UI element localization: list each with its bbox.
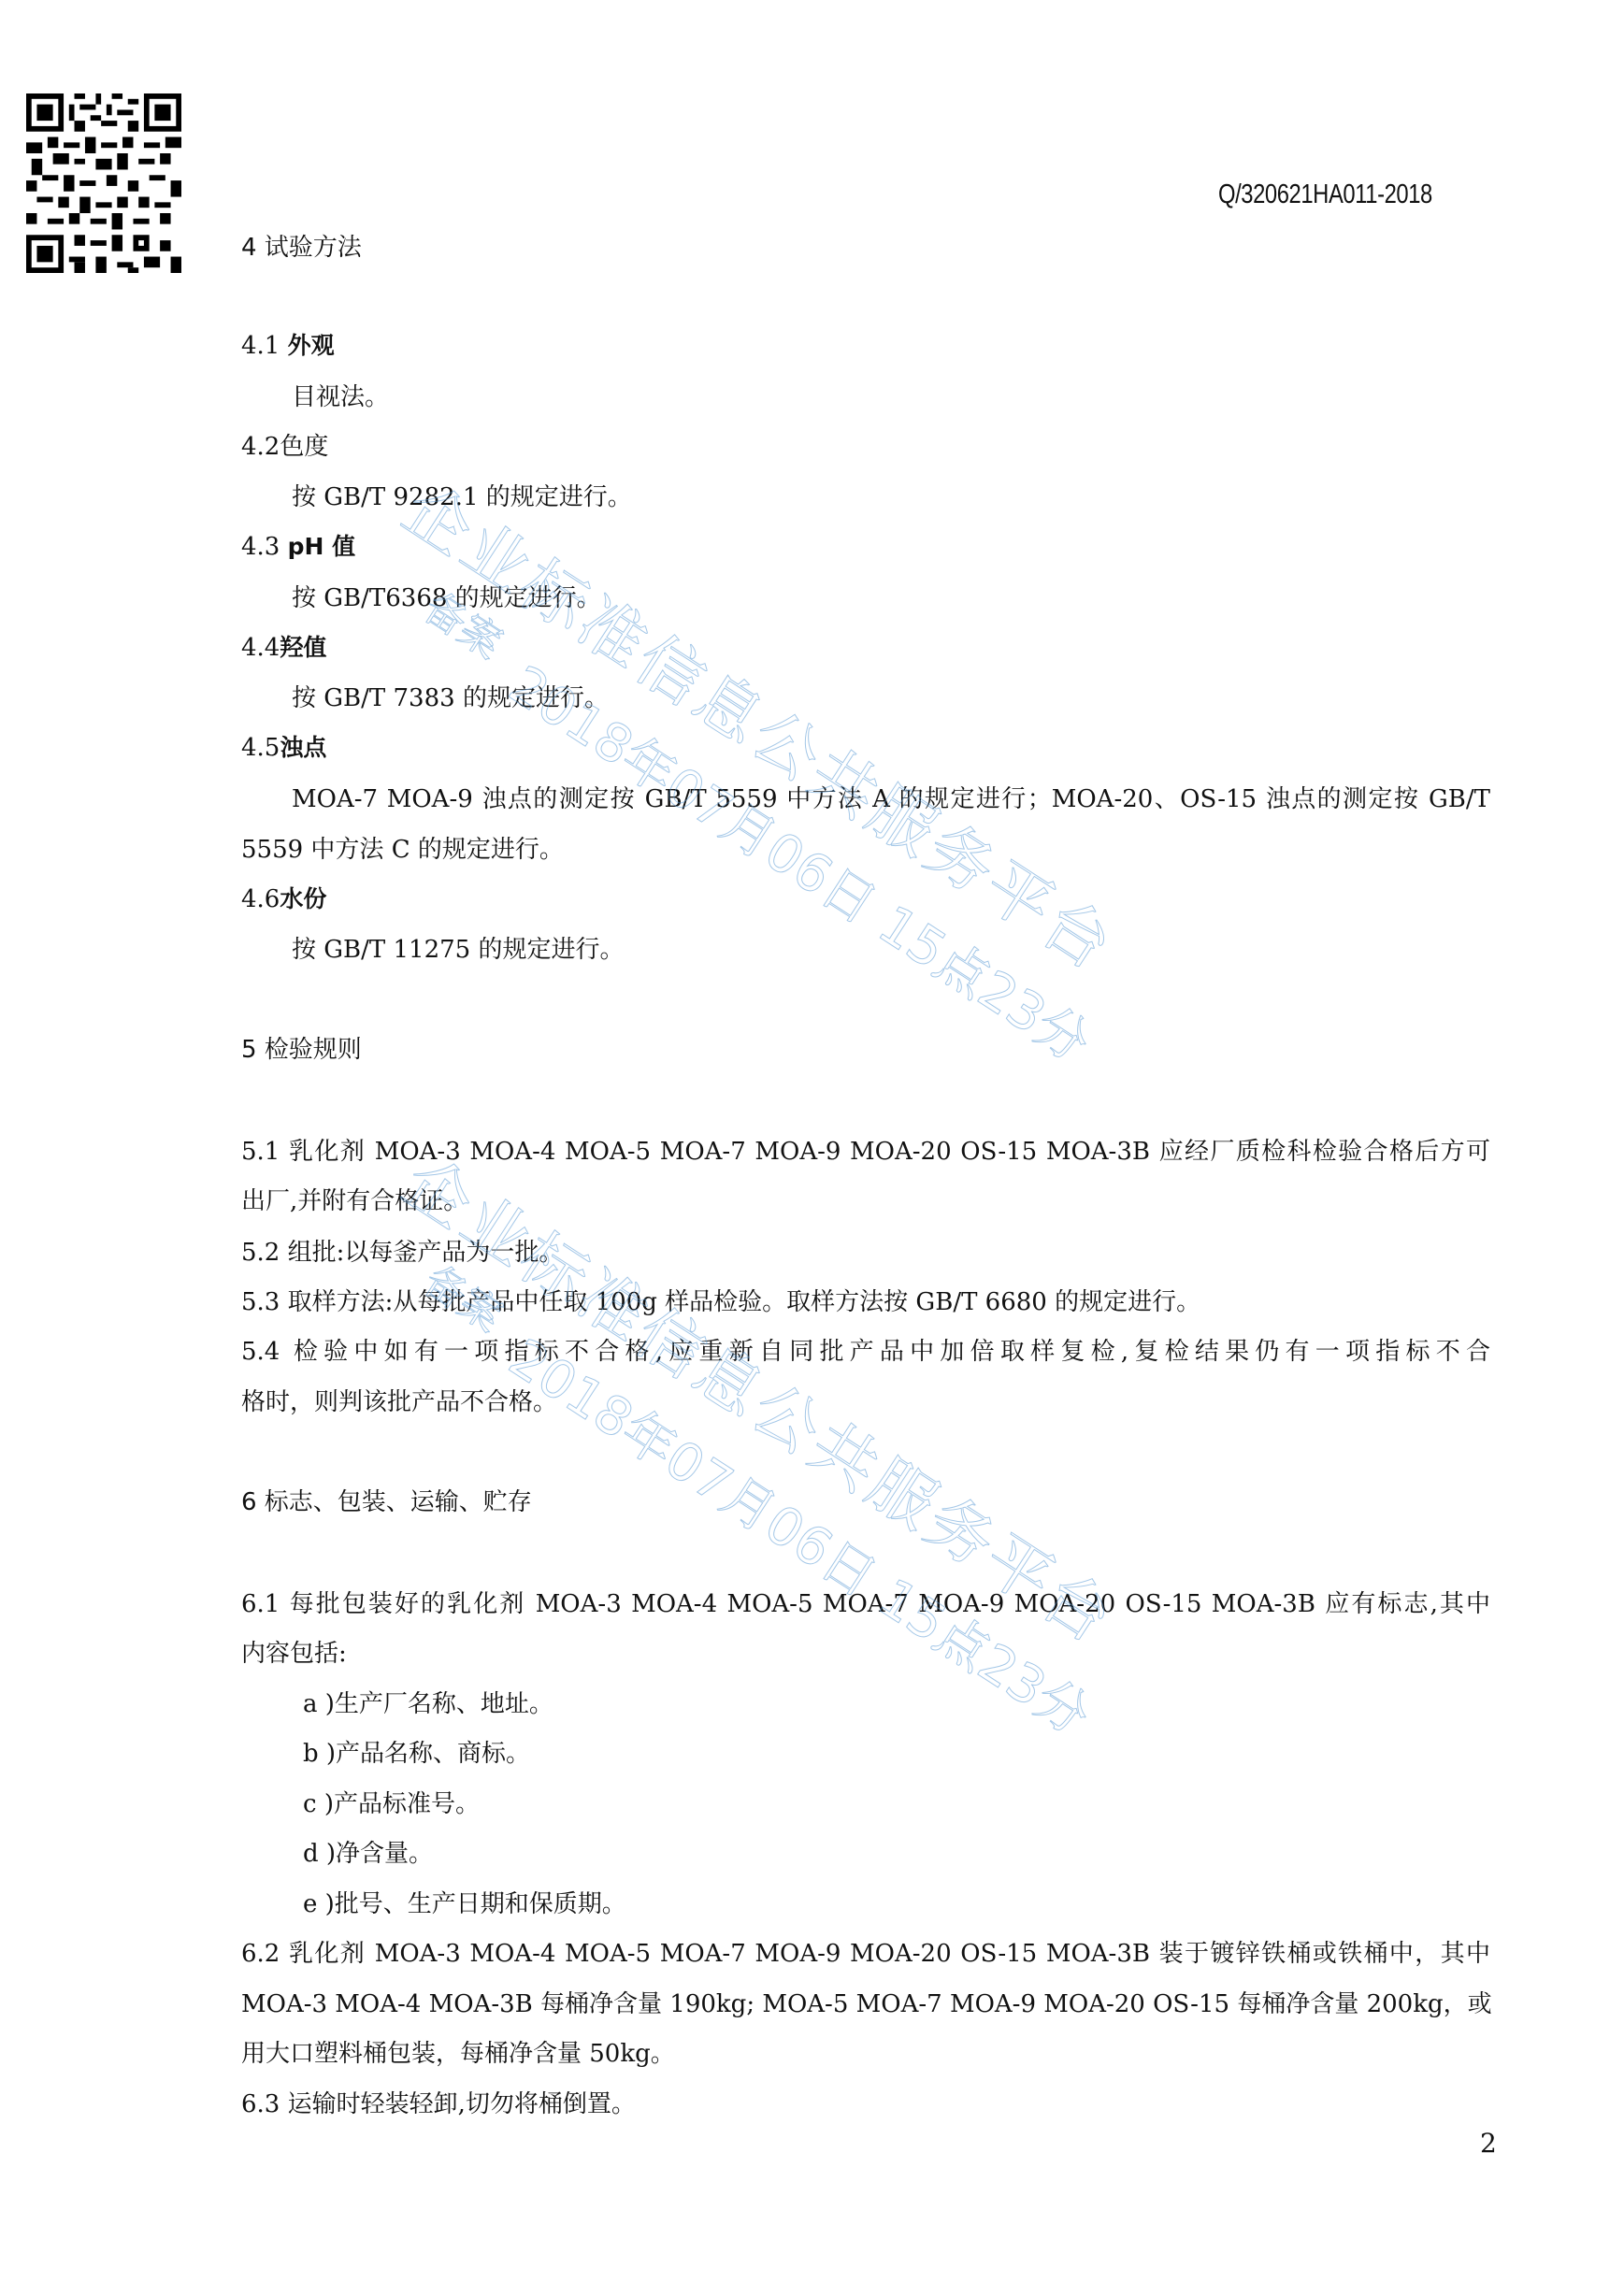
section-6-2-line-2: MOA-3 MOA-4 MOA-3B 每桶净含量 190kg; MOA-5 MO… [241, 1989, 1490, 2019]
section-6-2-line-3: 用大口塑料桶包装，每桶净含量 50kg。 [241, 2039, 675, 2069]
section-number: 4.2 [241, 433, 280, 461]
list-item: d )净含量。 [303, 1839, 433, 1869]
section-4-3-body: 按 GB/T6368 的规定进行。 [292, 583, 601, 613]
section-title: 外观 [288, 332, 335, 359]
section-number: 4.5 [241, 734, 280, 762]
section-4-1-heading: 4.1 外观 [241, 331, 335, 361]
section-title: 羟值 [280, 634, 326, 661]
section-5-title: 5 检验规则 [241, 1035, 362, 1065]
section-4-6-body: 按 GB/T 11275 的规定进行。 [292, 935, 624, 965]
document-code: Q/320621HA011-2018 [1218, 179, 1432, 210]
section-4-5-heading: 4.5浊点 [241, 733, 326, 763]
list-item: b )产品名称、商标。 [303, 1739, 530, 1769]
section-6-1-line-1: 6.1 每批包装好的乳化剂 MOA-3 MOA-4 MOA-5 MOA-7 MO… [241, 1589, 1490, 1619]
section-4-3-heading: 4.3 pH 值 [241, 532, 355, 562]
section-4-2-heading: 4.2色度 [241, 432, 328, 462]
section-4-6-heading: 4.6水份 [241, 884, 326, 914]
section-title: 色度 [280, 433, 328, 461]
list-item: c )产品标准号。 [303, 1789, 480, 1819]
section-6-3: 6.3 运输时轻装轻卸,切勿将桶倒置。 [241, 2089, 636, 2119]
section-4-4-body: 按 GB/T 7383 的规定进行。 [292, 683, 609, 713]
list-item: e )批号、生产日期和保质期。 [303, 1889, 626, 1919]
section-6-1-line-2: 内容包括: [241, 1639, 347, 1669]
watermark-platform-name: 企业标准信息公共服务平台 [388, 458, 1136, 989]
section-4-1-body: 目视法。 [292, 382, 389, 412]
section-5-1-line-2: 出厂,并附有合格证。 [241, 1186, 467, 1216]
section-5-1-line-1: 5.1 乳化剂 MOA-3 MOA-4 MOA-5 MOA-7 MOA-9 MO… [241, 1137, 1490, 1167]
section-title: 水份 [280, 885, 326, 912]
section-6-2-line-1: 6.2 乳化剂 MOA-3 MOA-4 MOA-5 MOA-7 MOA-9 MO… [241, 1939, 1490, 1969]
list-item: a )生产厂名称、地址。 [303, 1689, 553, 1719]
section-title: pH 值 [288, 533, 356, 560]
section-4-4-heading: 4.4羟值 [241, 633, 326, 663]
section-number: 4.4 [241, 634, 280, 662]
section-title: 浊点 [280, 734, 326, 761]
watermark-datetime: 2018年07月06日 15点23分 [496, 1318, 1106, 1750]
section-number: 4.3 [241, 533, 280, 561]
section-number: 4.1 [241, 332, 280, 360]
section-number: 4.6 [241, 885, 280, 913]
section-4-5-body-line-1: MOA-7 MOA-9 浊点的测定按 GB/T 5559 中方法 A 的规定进行… [292, 784, 1490, 814]
section-5-2: 5.2 组批:以每釜产品为一批。 [241, 1238, 563, 1268]
section-5-4-line-2: 格时，则判该批产品不合格。 [241, 1387, 557, 1417]
section-4-2-body: 按 GB/T 9282.1 的规定进行。 [292, 482, 632, 512]
section-6-title: 6 标志、包装、运输、贮存 [241, 1487, 532, 1517]
page-number: 2 [1480, 2128, 1497, 2159]
section-5-4-line-1: 5.4 检验中如有一项指标不合格,应重新自同批产品中加倍取样复检,复检结果仍有一… [241, 1337, 1490, 1367]
section-4-5-body-line-2: 5559 中方法 C 的规定进行。 [241, 835, 564, 865]
section-4-title: 4 试验方法 [241, 233, 362, 263]
section-5-3: 5.3 取样方法:从每批产品中任取 100g 样品检验。取样方法按 GB/T 6… [241, 1287, 1200, 1317]
qr-code-icon [26, 93, 181, 273]
